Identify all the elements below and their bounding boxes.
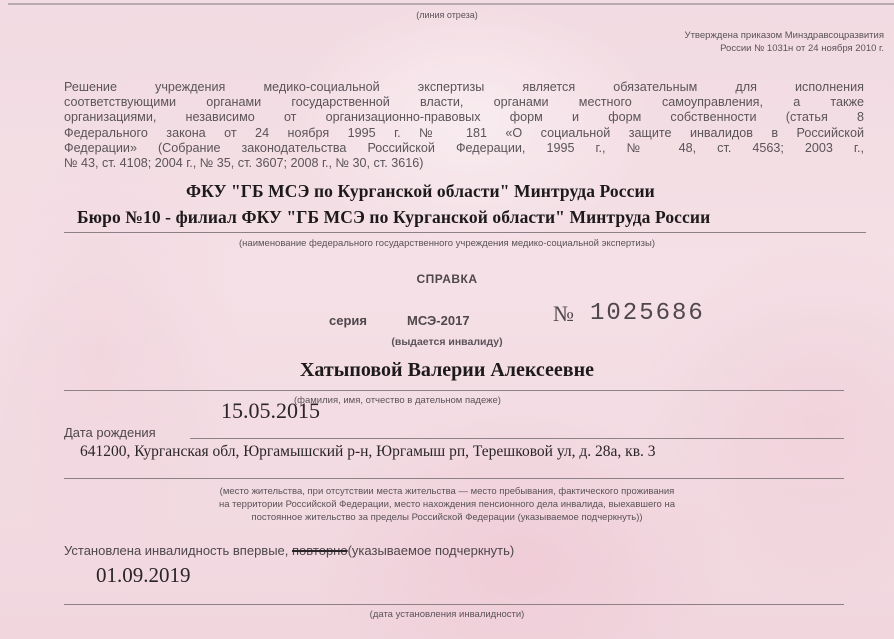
legal-line: Решение учреждения медико-социальной экс… <box>64 80 864 95</box>
series-label: серия <box>329 313 367 328</box>
cut-line-label: (линия отреза) <box>0 10 894 20</box>
approval-note: Утверждена приказом Минздравсоцразвития … <box>685 29 884 55</box>
issued-to-caption: (выдается инвалиду) <box>0 336 894 348</box>
address-caption-line: (место жительства, при отсутствии места … <box>0 485 894 498</box>
legal-notice: Решение учреждения медико-социальной экс… <box>64 80 864 171</box>
address-caption-line: постоянное жительство за пределы Российс… <box>0 511 894 524</box>
institution-line-1: ФКУ "ГБ МСЭ по Курганской области" Минтр… <box>186 181 655 202</box>
institution-rule <box>64 232 866 233</box>
institution-caption: (наименование федерального государственн… <box>0 238 894 249</box>
birth-date-rule <box>190 438 844 439</box>
disability-date-rule <box>64 604 844 605</box>
disability-established-line: Установлена инвалидность впервые, повтор… <box>64 543 514 558</box>
legal-line: Федерации» (Собрание законодательства Ро… <box>64 141 864 156</box>
series-value: МСЭ-2017 <box>407 313 470 328</box>
certificate-number: 1025686 <box>590 300 705 327</box>
approval-line-2: России № 1031н от 24 ноября 2010 г. <box>685 42 884 55</box>
name-rule <box>64 390 844 391</box>
recipient-name: Хатыповой Валерии Алексеевне <box>0 359 894 382</box>
legal-line: № 43, ст. 4108; 2004 г., № 35, ст. 3607;… <box>64 156 864 171</box>
established-first-time: Установлена инвалидность впервые, <box>64 543 288 558</box>
address-rule <box>64 478 844 479</box>
disability-date-value: 01.09.2019 <box>96 563 191 588</box>
number-sign: № <box>553 301 576 327</box>
institution-line-2: Бюро №10 - филиал ФКУ "ГБ МСЭ по Курганс… <box>77 207 710 228</box>
established-repeat-struck: повторно <box>292 543 348 558</box>
legal-line: организациями, независимо от организацио… <box>64 110 864 125</box>
legal-line: Федерального закона от 24 ноября 1995 г.… <box>64 126 864 141</box>
certificate-title: СПРАВКА <box>0 272 894 286</box>
name-caption: (фамилия, имя, отчество в дательном паде… <box>294 395 501 406</box>
disability-date-caption: (дата установления инвалидности) <box>0 609 894 620</box>
address-value: 641200, Курганская обл, Юргамышский р-н,… <box>80 443 656 461</box>
established-suffix: (указываемое подчеркнуть) <box>348 543 515 558</box>
address-caption: (место жительства, при отсутствии места … <box>0 485 894 524</box>
birth-date-value: 15.05.2015 <box>221 398 320 424</box>
address-caption-line: на территории Российской Федерации, мест… <box>0 498 894 511</box>
birth-date-label: Дата рождения <box>64 425 156 440</box>
legal-line: соответствующими органами государственно… <box>64 95 864 110</box>
cut-edge <box>8 3 894 5</box>
approval-line-1: Утверждена приказом Минздравсоцразвития <box>685 29 884 42</box>
